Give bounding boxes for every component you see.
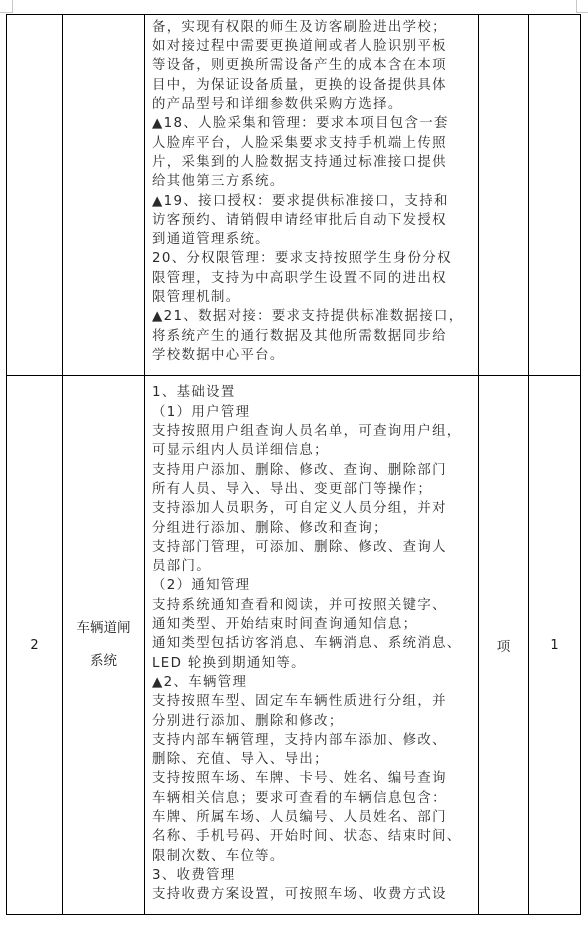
description-line: 删除、充值、导入、导出； xyxy=(152,750,474,769)
description-line: 车辆相关信息；要求可查看的车辆信息包含： xyxy=(152,789,474,808)
table-row: 备，实现有权限的师生及访客刷脸进出学校； 如对接过程中需要更换道闸或者人脸识别平… xyxy=(7,15,581,376)
description-line: 支持按照用户组查询人员名单，可查询用户组， xyxy=(152,422,474,441)
description-line: 到通道管理系统。 xyxy=(152,230,474,249)
description-line: 名称、手机号码、开始时间、状态、结束时间、 xyxy=(152,827,474,846)
description-line: 通知类型包括访客消息、车辆消息、系统消息、 xyxy=(152,634,474,653)
quantity-cell xyxy=(529,15,581,376)
description-line: 支持用户添加、删除、修改、查询、删除部门 xyxy=(152,461,474,480)
item-description-cell: 1、基础设置 （1）用户管理 支持按照用户组查询人员名单，可查询用户组， 可显示… xyxy=(145,376,479,915)
description-line: ▲21、数据对接：要求支持提供标准数据接口， xyxy=(152,307,474,326)
description-line: 限管理，支持为中高职学生设置不同的进出权 xyxy=(152,269,474,288)
description-line: 20、分权限管理：要求支持按照学生身份分权 xyxy=(152,249,474,268)
description-line: 车牌、所属车场、人员编号、人员姓名、部门 xyxy=(152,808,474,827)
item-name-line: 系统 xyxy=(63,645,144,678)
item-name-cell: 车辆道闸 系统 xyxy=(63,376,145,915)
procurement-spec-table: 备，实现有权限的师生及访客刷脸进出学校； 如对接过程中需要更换道闸或者人脸识别平… xyxy=(6,14,581,915)
description-line: （2）通知管理 xyxy=(152,576,474,595)
description-line: 通知类型、开始结束时间查询通知信息； xyxy=(152,615,474,634)
description-line: 分组进行添加、删除、修改和查询； xyxy=(152,519,474,538)
description-line: 给其他第三方系统。 xyxy=(152,172,474,191)
description-line: 如对接过程中需要更换道闸或者人脸识别平板 xyxy=(152,37,474,56)
description-line: ▲2、车辆管理 xyxy=(152,673,474,692)
page-margin-mark-top-left xyxy=(0,0,13,13)
description-line: ▲18、人脸采集和管理：要求本项目包含一套 xyxy=(152,114,474,133)
description-line: 人脸库平台，人脸采集要求支持手机端上传照 xyxy=(152,134,474,153)
description-text: 备，实现有权限的师生及访客刷脸进出学校； 如对接过程中需要更换道闸或者人脸识别平… xyxy=(145,18,478,365)
description-line: 支持添加人员职务，可自定义人员分组，并对 xyxy=(152,499,474,518)
quantity-cell: 1 xyxy=(529,376,581,915)
description-line: 所有人员、导入、导出、变更部门等操作； xyxy=(152,480,474,499)
description-line: 等设备，则更换所需设备产生的成本含在本项 xyxy=(152,56,474,75)
unit-cell xyxy=(479,15,529,376)
item-number-cell: 2 xyxy=(7,376,63,915)
description-line: 限管理机制。 xyxy=(152,288,474,307)
description-line: 的产品型号和详细参数供采购方选择。 xyxy=(152,95,474,114)
description-line: 限制次数、车位等。 xyxy=(152,847,474,866)
description-line: 备，实现有权限的师生及访客刷脸进出学校； xyxy=(152,18,474,37)
table-row: 2 车辆道闸 系统 1、基础设置 （1）用户管理 支持按照用户组查询人员名单，可… xyxy=(7,376,581,915)
item-description-cell: 备，实现有权限的师生及访客刷脸进出学校； 如对接过程中需要更换道闸或者人脸识别平… xyxy=(145,15,479,376)
description-line: 员部门。 xyxy=(152,557,474,576)
description-line: 支持内部车辆管理，支持内部车添加、修改、 xyxy=(152,731,474,750)
description-line: 支持收费方案设置，可按照车场、收费方式设 xyxy=(152,885,474,904)
item-name-line: 车辆道闸 xyxy=(63,612,144,645)
description-line: 学校数据中心平台。 xyxy=(152,346,474,365)
description-line: 目中，为保证设备质量，更换的设备提供具体 xyxy=(152,76,474,95)
description-text: 1、基础设置 （1）用户管理 支持按照用户组查询人员名单，可查询用户组， 可显示… xyxy=(145,383,478,904)
description-line: 支持按照车场、车牌、卡号、姓名、编号查询 xyxy=(152,769,474,788)
description-line: 1、基础设置 xyxy=(152,383,474,402)
page-margin-mark-top-right xyxy=(576,0,588,13)
description-line: 片，采集到的人脸数据支持通过标准接口提供 xyxy=(152,153,474,172)
description-line: ▲19、接口授权：要求提供标准接口，支持和 xyxy=(152,192,474,211)
description-line: 分别进行添加、删除和修改； xyxy=(152,712,474,731)
unit-cell: 项 xyxy=(479,376,529,915)
description-line: 将系统产生的通行数据及其他所需数据同步给 xyxy=(152,327,474,346)
description-line: 3、收费管理 xyxy=(152,866,474,885)
description-line: 可显示组内人员详细信息； xyxy=(152,441,474,460)
description-line: （1）用户管理 xyxy=(152,403,474,422)
description-line: 支持按照车型、固定车车辆性质进行分组，并 xyxy=(152,692,474,711)
description-line: LED 轮换到期通知等。 xyxy=(152,654,474,673)
item-number-cell xyxy=(7,15,63,376)
description-line: 支持系统通知查看和阅读，并可按照关键字、 xyxy=(152,596,474,615)
description-line: 支持部门管理，可添加、删除、修改、查询人 xyxy=(152,538,474,557)
item-name-cell xyxy=(63,15,145,376)
description-line: 访客预约、请销假申请经审批后自动下发授权 xyxy=(152,211,474,230)
